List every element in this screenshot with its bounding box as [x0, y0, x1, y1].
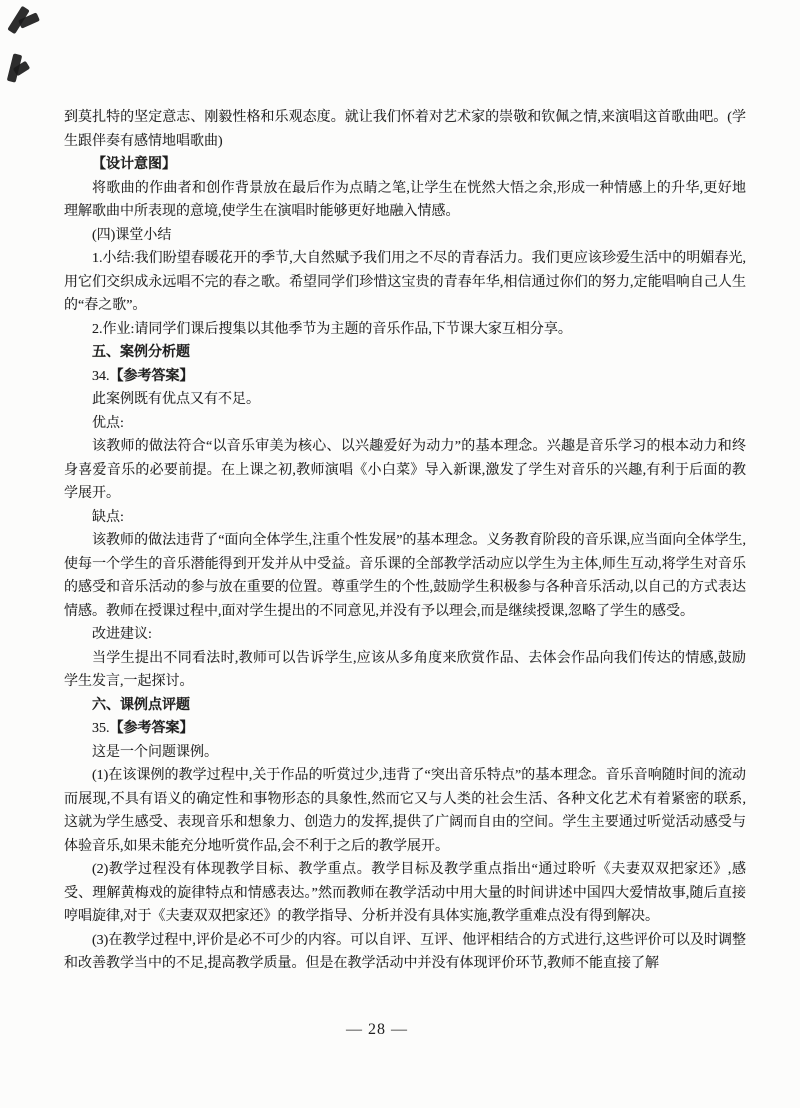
- paragraph-text: 1.小结:我们盼望春暖花开的季节,大自然赋予我们用之不尽的青春活力。我们更应该珍…: [64, 251, 746, 313]
- paragraph-text: 改进建议:: [92, 627, 152, 642]
- paragraph: 优点:: [64, 412, 746, 436]
- paragraph: 改进建议:: [64, 623, 746, 647]
- paragraph: 六、课例点评题: [64, 694, 746, 718]
- paragraph: (四)课堂小结: [64, 224, 746, 248]
- paragraph-text: (3)在教学过程中,评价是必不可少的内容。可以自评、互评、他评相结合的方式进行,…: [64, 933, 746, 972]
- paragraph-text: 该教师的做法违背了“面向全体学生,注重个性发展”的基本理念。义务教育阶段的音乐课…: [64, 533, 746, 619]
- paragraph-text: (1)在该课例的教学过程中,关于作品的听赏过少,违背了“突出音乐特点”的基本理念…: [64, 768, 746, 854]
- paragraph: 缺点:: [64, 506, 746, 530]
- paragraph: 该教师的做法违背了“面向全体学生,注重个性发展”的基本理念。义务教育阶段的音乐课…: [64, 529, 746, 623]
- paragraph-text: 五、案例分析题: [92, 345, 190, 360]
- paragraph: (1)在该课例的教学过程中,关于作品的听赏过少,违背了“突出音乐特点”的基本理念…: [64, 764, 746, 858]
- paragraph: 2.作业:请同学们课后搜集以其他季节为主题的音乐作品,下节课大家互相分享。: [64, 318, 746, 342]
- paragraph: 到莫扎特的坚定意志、刚毅性格和乐观态度。就让我们怀着对艺术家的崇敬和钦佩之情,来…: [64, 106, 746, 153]
- paragraph-text: 优点:: [92, 416, 124, 431]
- page-number: — 28 —: [64, 1018, 746, 1042]
- paragraph-text: 【设计意图】: [92, 157, 176, 172]
- document-body: 到莫扎特的坚定意志、刚毅性格和乐观态度。就让我们怀着对艺术家的崇敬和钦佩之情,来…: [64, 106, 746, 976]
- paragraph: 此案例既有优点又有不足。: [64, 388, 746, 412]
- paragraph: 该教师的做法符合“以音乐审美为核心、以兴趣爱好为动力”的基本理念。兴趣是音乐学习…: [64, 435, 746, 506]
- scanned-page: 到莫扎特的坚定意志、刚毅性格和乐观态度。就让我们怀着对艺术家的崇敬和钦佩之情,来…: [0, 0, 800, 1108]
- paragraph-text: 【参考答案】: [110, 369, 194, 384]
- paragraph-text: (四)课堂小结: [92, 228, 171, 243]
- paragraph: 35.【参考答案】: [64, 717, 746, 741]
- paragraph: 34.【参考答案】: [64, 365, 746, 389]
- paragraph: 当学生提出不同看法时,教师可以告诉学生,应该从多角度来欣赏作品、去体会作品向我们…: [64, 647, 746, 694]
- paragraph-text: 六、课例点评题: [92, 698, 190, 713]
- paragraph: (2)教学过程没有体现教学目标、教学重点。教学目标及教学重点指出“通过聆听《夫妻…: [64, 858, 746, 929]
- paragraph-text: 该教师的做法符合“以音乐审美为核心、以兴趣爱好为动力”的基本理念。兴趣是音乐学习…: [64, 439, 746, 501]
- paragraph-text: (2)教学过程没有体现教学目标、教学重点。教学目标及教学重点指出“通过聆听《夫妻…: [64, 862, 746, 924]
- paragraph-text: 当学生提出不同看法时,教师可以告诉学生,应该从多角度来欣赏作品、去体会作品向我们…: [64, 651, 746, 690]
- paragraph: 【设计意图】: [64, 153, 746, 177]
- paragraph-text: 34.: [92, 369, 110, 384]
- paragraph-text: 到莫扎特的坚定意志、刚毅性格和乐观态度。就让我们怀着对艺术家的崇敬和钦佩之情,来…: [64, 110, 746, 149]
- paragraph-text: 这是一个问题课例。: [92, 745, 218, 760]
- paragraph: 这是一个问题课例。: [64, 741, 746, 765]
- paragraph: 将歌曲的作曲者和创作背景放在最后作为点睛之笔,让学生在恍然大悟之余,形成一种情感…: [64, 177, 746, 224]
- paragraph-text: 将歌曲的作曲者和创作背景放在最后作为点睛之笔,让学生在恍然大悟之余,形成一种情感…: [64, 181, 746, 220]
- paragraph-text: 【参考答案】: [110, 721, 194, 736]
- paragraph-text: 35.: [92, 721, 110, 736]
- paragraph-text: 缺点:: [92, 510, 124, 525]
- paragraph: 五、案例分析题: [64, 341, 746, 365]
- paragraph-text: 2.作业:请同学们课后搜集以其他季节为主题的音乐作品,下节课大家互相分享。: [92, 322, 572, 337]
- paragraph-text: 此案例既有优点又有不足。: [92, 392, 260, 407]
- paragraph: (3)在教学过程中,评价是必不可少的内容。可以自评、互评、他评相结合的方式进行,…: [64, 929, 746, 976]
- paragraph: 1.小结:我们盼望春暖花开的季节,大自然赋予我们用之不尽的青春活力。我们更应该珍…: [64, 247, 746, 318]
